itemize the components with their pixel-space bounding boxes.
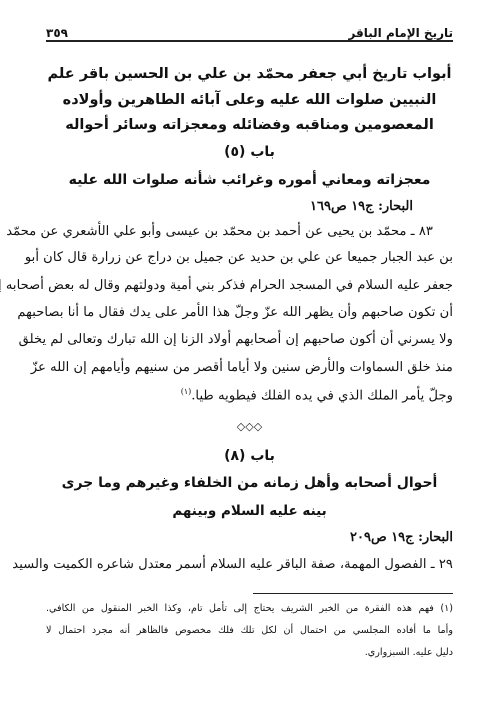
header-rule (46, 40, 453, 42)
hadith-line-1: ٨٣ ـ محمّد بن يحيى عن أحمد بن محمّد بن ع… (46, 224, 453, 239)
chapter-5-title: معجزاته ومعاني أموره وغرائب شأنه صلوات ا… (46, 172, 453, 188)
hadith-line-3: جعفر عليه السلام في المسجد الحرام فذكر ب… (46, 278, 453, 293)
footnote-marker[interactable]: (١) (181, 387, 192, 396)
main-title-line-3: المعصومين ومناقبه وفضائله ومعجزاته وسائر… (46, 117, 453, 133)
chapter-5-source: البحار: ج١٩ ص١٦٩ (46, 199, 453, 214)
main-title-line-2: النبيين صلوات الله عليه وعلى آبائه الطاه… (46, 92, 453, 108)
footnote-rule (253, 593, 453, 594)
hadith-line-2: بن عبد الجبار جميعا عن علي بن حديد عن جم… (46, 250, 453, 265)
footnote-line-2: وأما ما أفاده المجلسي من احتمال أن لكل ت… (46, 625, 453, 636)
chapter-5-heading: باب (٥) (46, 144, 453, 160)
section-separator-ornament: ◇◇◇ (46, 420, 453, 433)
running-header: تاريخ الإمام الباقر ٣٥٩ (46, 22, 453, 40)
hadith-line-4: أن تكون صاحبهم وأن يظهر الله عزّ وجلّ هذ… (46, 305, 453, 320)
chapter-8-entry-line: ٢٩ ـ الفصول المهمة، صفة الباقر عليه السل… (46, 557, 453, 572)
main-title-line-1: أبواب تاريخ أبي جعفر محمّد بن علي بن الح… (46, 66, 453, 82)
hadith-line-7: وجلّ يأمر الملك الذي في يده الفلك فيطويه… (46, 387, 453, 403)
footnote-line-3: دليل عليه. السبزواري. (46, 647, 453, 658)
page-number: ٣٥٩ (46, 26, 68, 40)
chapter-8-heading: باب (٨) (46, 448, 453, 464)
running-title: تاريخ الإمام الباقر (348, 26, 453, 40)
hadith-line-5: ولا يسرني أن أكون صاحبهم إن أصحابهم أولا… (46, 332, 453, 347)
footnote-line-1: (١) فهم هذه الفقرة من الخبر الشريف يحتاج… (46, 603, 453, 614)
book-page: تاريخ الإمام الباقر ٣٥٩ أبواب تاريخ أبي … (46, 0, 453, 705)
hadith-line-6: منذ خلق السماوات والأرض سنين ولا أياما أ… (46, 360, 453, 375)
chapter-8-source: البحار: ج١٩ ص٢٠٩ (46, 530, 453, 545)
chapter-8-title-line-2: بينه عليه السلام وبينهم (46, 503, 453, 519)
hadith-line-7-text: وجلّ يأمر الملك الذي في يده الفلك فيطويه… (191, 388, 453, 403)
chapter-8-title-line-1: أحوال أصحابه وأهل زمانه من الخلفاء وغيره… (46, 475, 453, 491)
